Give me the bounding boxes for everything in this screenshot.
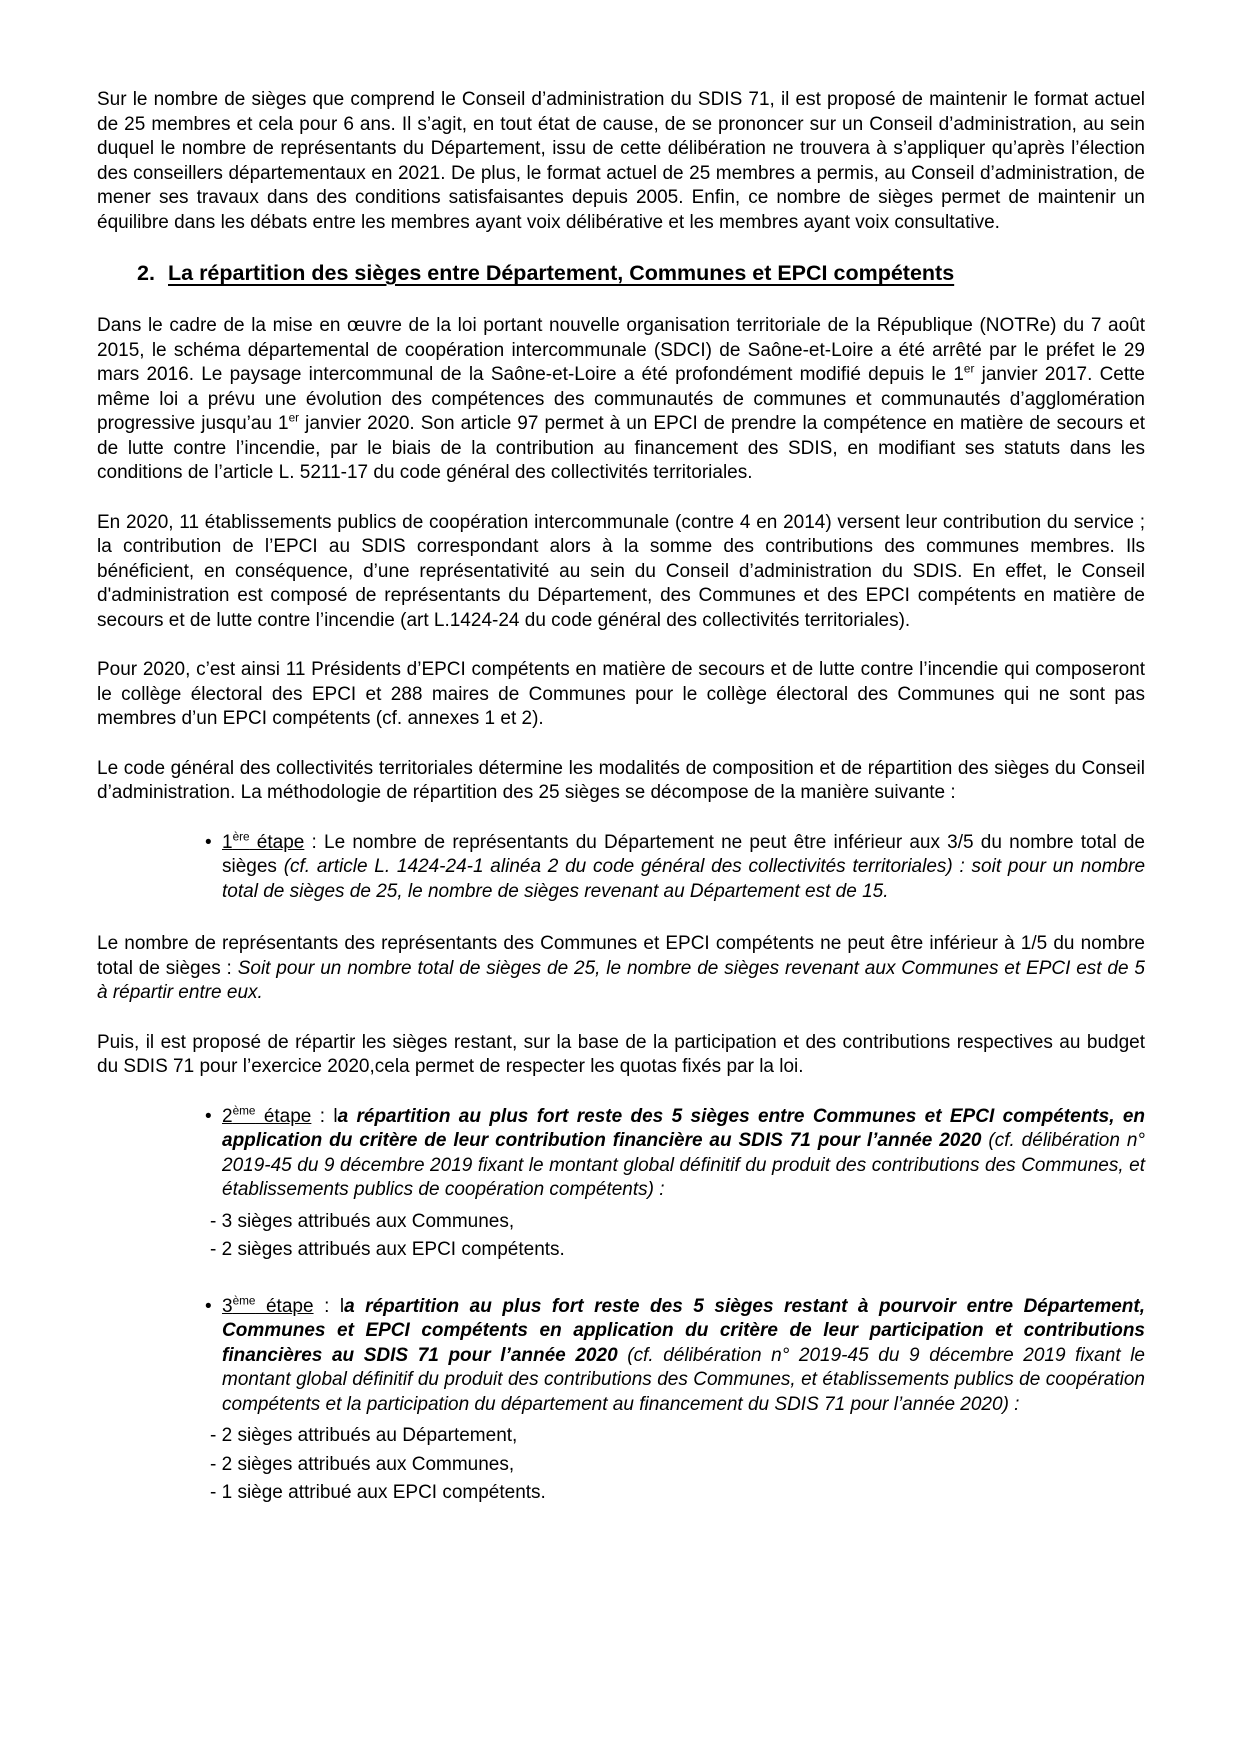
etape-label: 1ère étape: [222, 832, 304, 853]
dash-item-siege-epci: - 1 siège attribué aux EPCI compétents.: [210, 1481, 1145, 1506]
etape-word: étape: [255, 1296, 313, 1317]
bullet-etape-3: • 3ème étape : la répartition au plus fo…: [205, 1295, 1145, 1510]
etape-label: 3ème étape: [222, 1296, 314, 1317]
paragraph-conseil-format: Sur le nombre de sièges que comprend le …: [97, 88, 1145, 235]
text-run-italic: (cf. article L. 1424-24-1 alinéa 2 du co…: [222, 856, 1145, 902]
etape-number: 3: [222, 1296, 233, 1317]
etape-ordinal-suffix: ème: [233, 1104, 256, 1117]
etape-ordinal-suffix: ère: [233, 830, 250, 843]
bullet-etape-1: • 1ère étape : Le nombre de représentant…: [205, 831, 1145, 905]
paragraph-quota-communes: Le nombre de représentants des représent…: [97, 932, 1145, 1006]
paragraph-loi-notre: Dans le cadre de la mise en œuvre de la …: [97, 314, 1145, 486]
bullet-etape-2: • 2ème étape : la répartition au plus fo…: [205, 1105, 1145, 1267]
heading-number: 2.: [137, 260, 168, 286]
text-run: : l: [311, 1106, 337, 1127]
paragraph-epci-2020: En 2020, 11 établissements publics de co…: [97, 511, 1145, 634]
dash-item-sieges-communes: - 3 sièges attribués aux Communes,: [210, 1210, 1145, 1235]
bullet-icon: •: [205, 831, 222, 905]
etape-number: 1: [222, 832, 233, 853]
etape-ordinal-suffix: ème: [233, 1294, 256, 1307]
text-run: : l: [314, 1296, 345, 1317]
section-heading-repartition: 2. La répartition des sièges entre Dépar…: [137, 260, 1145, 286]
bullet-etape-3-text: 3ème étape : la répartition au plus fort…: [222, 1295, 1145, 1510]
paragraph-college-electoral: Pour 2020, c’est ainsi 11 Présidents d’E…: [97, 658, 1145, 732]
dash-list: - 2 sièges attribués au Département, - 2…: [222, 1424, 1145, 1506]
text-run-italic: Soit pour un nombre total de sièges de 2…: [97, 958, 1145, 1004]
paragraph-repartition-restant: Puis, il est proposé de répartir les siè…: [97, 1031, 1145, 1080]
dash-list: - 3 sièges attribués aux Communes, - 2 s…: [222, 1210, 1145, 1263]
dash-item-sieges-departement: - 2 sièges attribués au Département,: [210, 1424, 1145, 1449]
etape-label: 2ème étape: [222, 1106, 311, 1127]
etape-word: étape: [250, 832, 305, 853]
heading-title: La répartition des sièges entre Départem…: [168, 260, 1145, 286]
bullet-icon: •: [205, 1295, 222, 1510]
etape-word: étape: [255, 1106, 311, 1127]
paragraph-methodologie: Le code général des collectivités territ…: [97, 757, 1145, 806]
superscript-er: er: [289, 412, 299, 425]
document-page: Sur le nombre de sièges que comprend le …: [0, 0, 1241, 1755]
dash-item-sieges-communes: - 2 sièges attribués aux Communes,: [210, 1453, 1145, 1478]
etape-number: 2: [222, 1106, 233, 1127]
bullet-etape-2-text: 2ème étape : la répartition au plus fort…: [222, 1105, 1145, 1267]
text-run: :: [304, 832, 324, 853]
dash-item-sieges-epci: - 2 sièges attribués aux EPCI compétents…: [210, 1238, 1145, 1263]
superscript-er: er: [964, 363, 974, 376]
bullet-etape-1-text: 1ère étape : Le nombre de représentants …: [222, 831, 1145, 905]
